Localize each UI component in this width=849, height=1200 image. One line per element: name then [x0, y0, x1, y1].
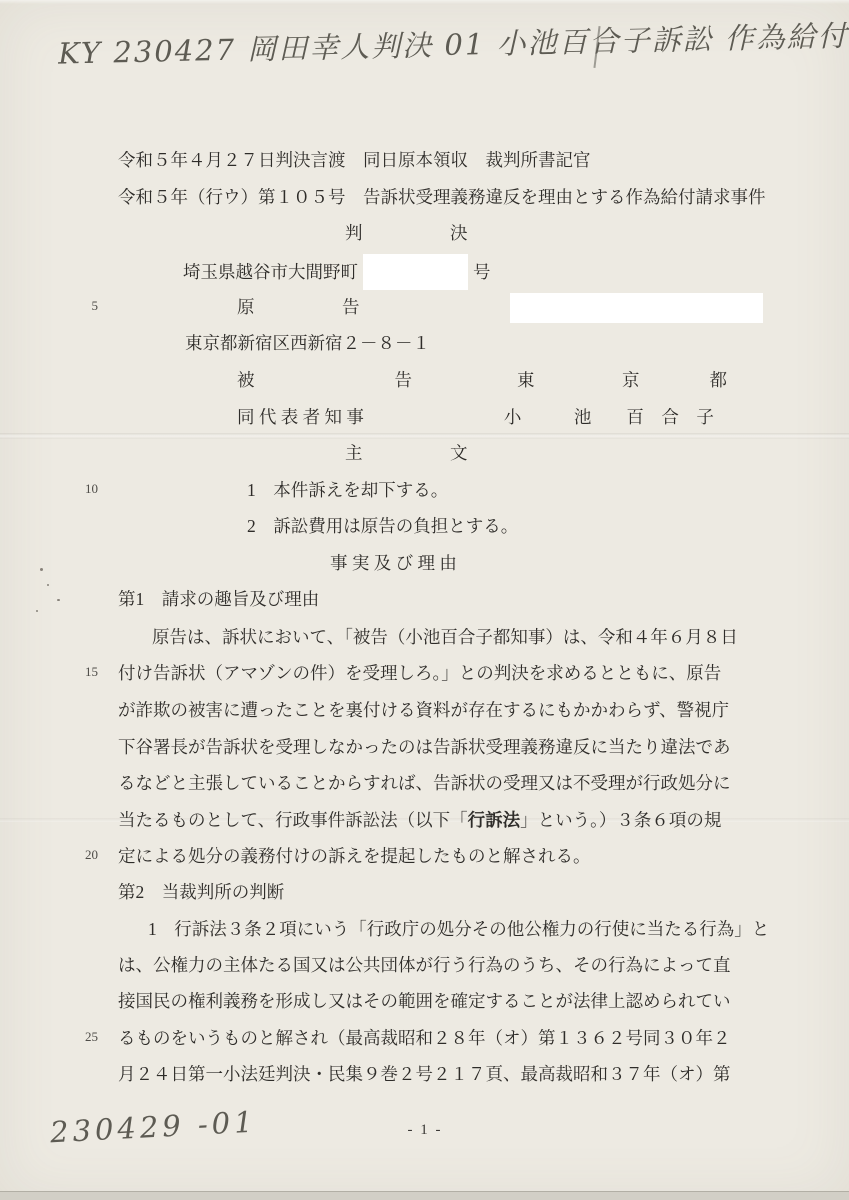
defendant-party-line: 被 告 東 京 都 — [237, 366, 727, 394]
paragraph-line: は、公権力の主体たる国又は公共団体が行う行為のうち、その行為によって直 — [118, 951, 731, 979]
paragraph-line: るものをいうものと解され（最高裁昭和２８年（オ）第１３６２号同３０年２ — [118, 1024, 731, 1052]
plaintiff-address-pre: 埼玉県越谷市大間野町 — [183, 262, 358, 282]
scan-bottom-edge — [0, 1191, 849, 1200]
paragraph-line: 月２４日第一小法廷判決・民集９巻２号２１７頁、最高裁昭和３７年（オ）第 — [118, 1060, 731, 1088]
margin-line-number-25: 25 — [72, 1029, 98, 1045]
judgment-title: 判 決 — [345, 219, 468, 247]
margin-line-number-15: 15 — [72, 664, 98, 680]
plaintiff-label: 原 告 — [237, 297, 360, 317]
paragraph-line: 接国民の権利義務を形成し又はその範囲を確定することが法律上認められてい — [118, 987, 731, 1015]
main-text-item-1: 1 本件訴えを却下する。 — [247, 476, 448, 504]
statute-line-pre: 当たるものとして、行政事件訴訟法（以下「 — [118, 810, 468, 830]
paragraph-line: 1 行訴法３条２項にいう「行政庁の処分その他公権力の行使に当たる行為」と — [148, 915, 769, 943]
statute-line-post: 」という。）３条６項の規 — [520, 810, 721, 830]
pencil-speck — [57, 599, 60, 601]
main-text-item-2: 2 訴訟費用は原告の負担とする。 — [247, 512, 518, 540]
paragraph-line: 下谷署長が告訴状を受理しなかったのは告訴状受理義務違反に当たり違法であ — [118, 733, 731, 761]
statute-definition-line: 当たるものとして、行政事件訴訟法（以下「行訴法」という。）３条６項の規 — [118, 806, 721, 834]
margin-line-number-20: 20 — [72, 847, 98, 863]
paragraph-line: るなどと主張していることからすれば、告訴状の受理又は不受理が行政処分に — [118, 769, 731, 797]
paragraph-line: 付け告訴状（アマゾンの件）を受理しろ。」との判決を求めるとともに、原告 — [118, 659, 721, 687]
facts-reasons-heading: 事 実 及 び 理 由 — [330, 549, 457, 577]
defendant-representative-line: 同 代 表 者 知 事 小 池 百 合 子 — [237, 403, 714, 431]
statute-abbrev-bold: 行訴法 — [468, 810, 521, 830]
plaintiff-party-line: 原 告 — [237, 293, 763, 324]
paragraph-line: 定による処分の義務付けの訴えを提起したものと解される。 — [118, 842, 591, 870]
scan-top-edge — [0, 0, 849, 4]
pencil-speck — [40, 568, 43, 571]
pencil-speck — [36, 610, 38, 612]
pencil-speck — [47, 584, 49, 586]
plaintiff-address-post: 号 — [473, 262, 491, 282]
handwritten-footer-note: 230429 -01 — [49, 1105, 257, 1150]
main-text-heading: 主 文 — [345, 439, 468, 467]
margin-line-number-5: 5 — [72, 298, 98, 314]
case-number-line: 令和５年（行ウ）第１０５号 告訴状受理義務違反を理由とする作為給付請求事件 — [118, 183, 766, 211]
plaintiff-address-line: 埼玉県越谷市大間野町号 — [183, 256, 491, 292]
paragraph-line: が詐欺の被害に遭ったことを裏付ける資料が存在するにもかかわらず、警視庁 — [118, 696, 729, 724]
page-number: - 1 - — [370, 1122, 480, 1139]
redaction-box-plaintiff-name — [510, 293, 763, 323]
margin-line-number-10: 10 — [72, 481, 98, 497]
defendant-address-line: 東京都新宿区西新宿２－８－１ — [185, 329, 430, 357]
section1-heading: 第1 請求の趣旨及び理由 — [118, 585, 319, 613]
paragraph-line: 原告は、訴状において、「被告（小池百合子都知事）は、令和４年６月８日 — [152, 623, 738, 651]
redaction-box-address — [363, 254, 468, 290]
handwritten-header-note: KY 230427 岡田幸人判決 01 小池百合子訴訟 作為給付請求 — [58, 12, 849, 72]
scanned-judgment-page: KY 230427 岡田幸人判決 01 小池百合子訴訟 作為給付請求 23042… — [0, 0, 849, 1200]
pronouncement-date-line: 令和５年４月２７日判決言渡 同日原本領収 裁判所書記官 — [118, 146, 591, 174]
section2-heading: 第2 当裁判所の判断 — [118, 878, 284, 906]
